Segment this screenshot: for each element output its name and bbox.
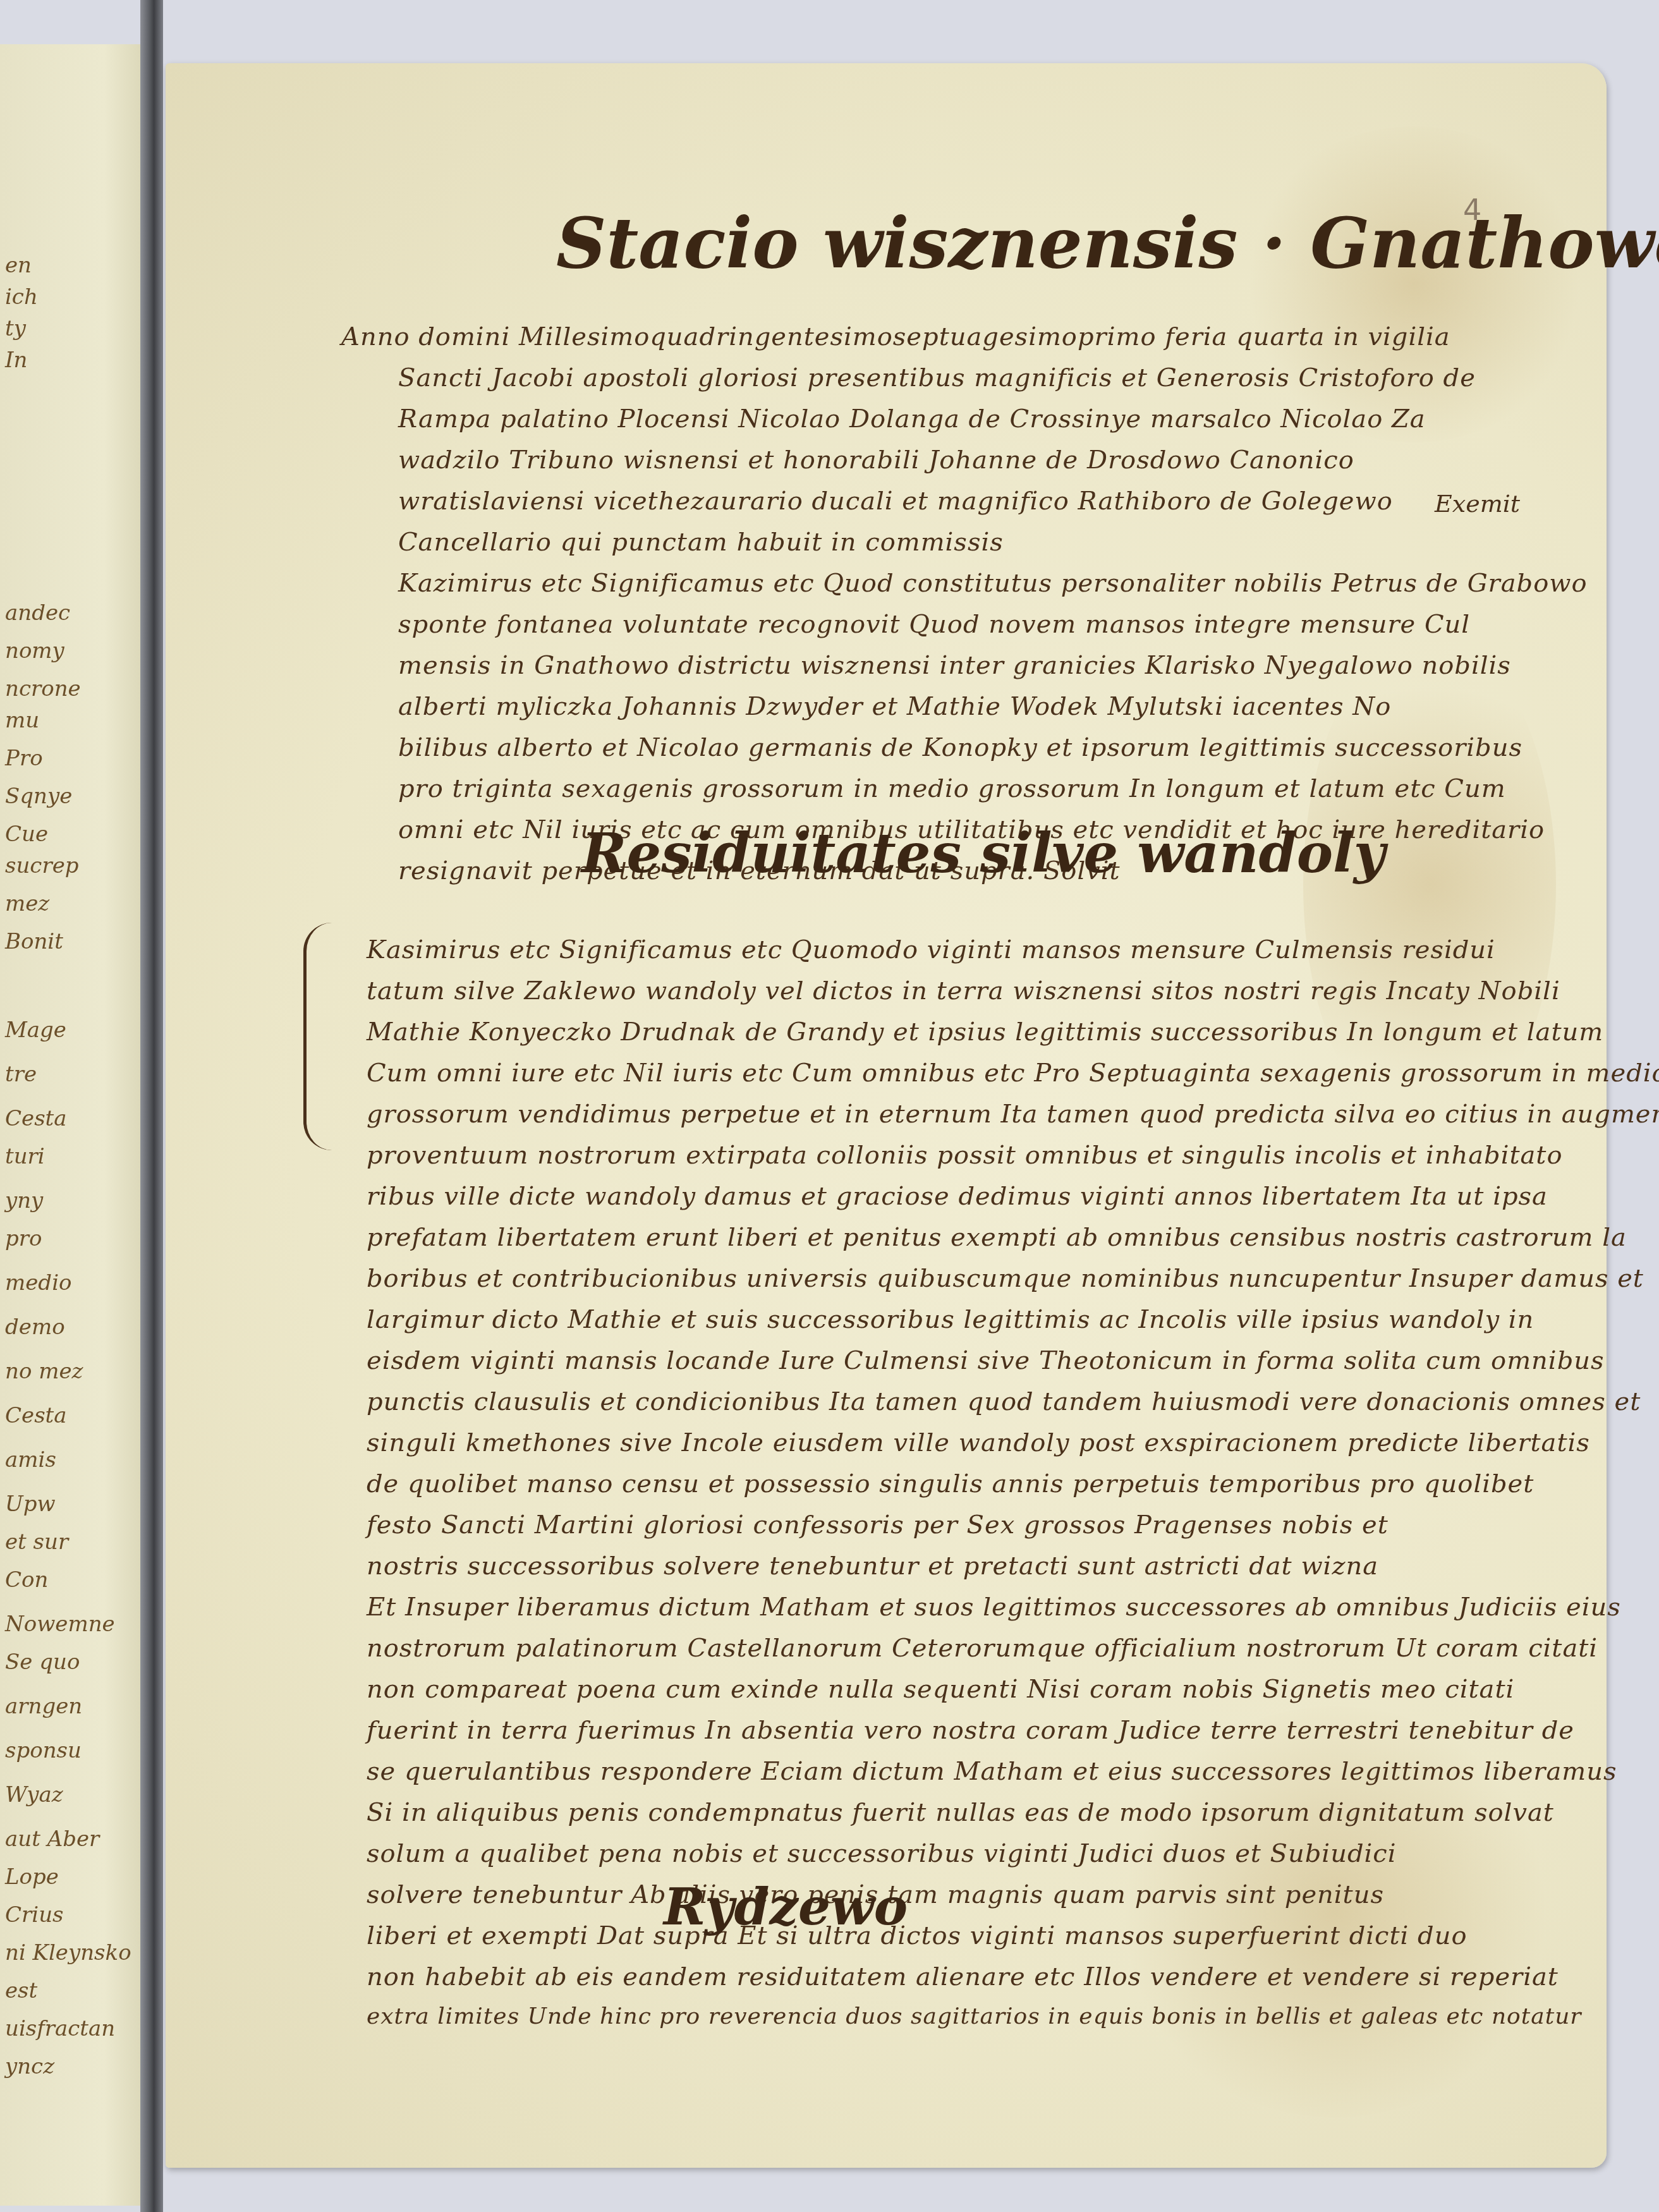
section-heading-residuitates: Residuitates silve wandoly bbox=[581, 822, 1385, 885]
left-page-fragment: turi bbox=[5, 1144, 45, 1169]
text-line: ribus ville dicte wandoly damus et graci… bbox=[367, 1182, 1548, 1211]
text-line: Kasimirus etc Significamus etc Quomodo v… bbox=[367, 935, 1495, 964]
left-page-fragment: Crius bbox=[5, 1902, 64, 1928]
text-line: solum a qualibet pena nobis et successor… bbox=[367, 1839, 1397, 1868]
text-line: boribus et contribucionibus universis qu… bbox=[367, 1264, 1644, 1293]
text-line: se querulantibus respondere Eciam dictum… bbox=[367, 1757, 1617, 1786]
text-line: Et Insuper liberamus dictum Matham et su… bbox=[367, 1593, 1621, 1622]
text-line: Kazimirus etc Significamus etc Quod cons… bbox=[398, 569, 1588, 598]
text-line: alberti myliczka Johannis Dzwyder et Mat… bbox=[398, 692, 1391, 721]
text-line: sponte fontanea voluntate recognovit Quo… bbox=[398, 610, 1470, 639]
book-gutter-rod bbox=[140, 0, 163, 2212]
left-page-fragment: no mez bbox=[5, 1359, 83, 1384]
text-line: extra limites Unde hinc pro reverencia d… bbox=[367, 2003, 1582, 2029]
text-line: mensis in Gnathowo districtu wisznensi i… bbox=[398, 651, 1511, 680]
text-line: eisdem viginti mansis locande Iure Culme… bbox=[367, 1346, 1605, 1375]
left-page-fragment: en bbox=[5, 253, 32, 278]
left-facing-page: en ich ty In andec nomy ncrone mu Pro Sq… bbox=[0, 44, 149, 2206]
text-line: non habebit ab eis eandem residuitatem a… bbox=[367, 1962, 1559, 1991]
left-page-fragment: Cesta bbox=[5, 1106, 67, 1131]
text-line: singuli kmethones sive Incole eiusdem vi… bbox=[367, 1428, 1590, 1457]
left-page-fragment: ni Kleynsko bbox=[5, 1940, 131, 1966]
left-page-fragment: Lope bbox=[5, 1864, 59, 1890]
text-line: proventuum nostrorum extirpata colloniis… bbox=[367, 1141, 1563, 1170]
left-page-fragment: medio bbox=[5, 1270, 71, 1296]
text-line: nostrorum palatinorum Castellanorum Cete… bbox=[367, 1634, 1598, 1663]
left-page-fragment: sucrep bbox=[5, 853, 79, 878]
left-page-fragment: yny bbox=[5, 1188, 43, 1213]
left-page-fragment: mez bbox=[5, 891, 49, 916]
left-page-fragment: tre bbox=[5, 1062, 37, 1087]
left-page-fragment: andec bbox=[5, 600, 70, 626]
left-page-fragment: Mage bbox=[5, 1018, 66, 1043]
text-line: punctis clausulis et condicionibus Ita t… bbox=[367, 1387, 1641, 1416]
text-line: largimur dicto Mathie et suis successori… bbox=[367, 1305, 1534, 1334]
text-line: fuerint in terra fuerimus In absentia ve… bbox=[367, 1716, 1574, 1745]
text-line: liberi et exempti Dat supra Et si ultra … bbox=[367, 1921, 1468, 1950]
left-page-fragment: Upw bbox=[5, 1492, 56, 1517]
left-page-fragment: amis bbox=[5, 1447, 56, 1473]
left-page-fragment: est bbox=[5, 1978, 37, 2003]
left-page-fragment: ncrone bbox=[5, 676, 81, 702]
text-line: grossorum vendidimus perpetue et in eter… bbox=[367, 1100, 1659, 1129]
text-line: Si in aliquibus penis condempnatus fueri… bbox=[367, 1798, 1554, 1827]
left-page-fragment: nomy bbox=[5, 638, 64, 664]
text-line: pro triginta sexagenis grossorum in medi… bbox=[398, 774, 1506, 803]
text-line: wadzilo Tribuno wisnensi et honorabili J… bbox=[398, 446, 1354, 475]
left-page-fragment: Cesta bbox=[5, 1403, 67, 1428]
text-line: wratislaviensi vicethezaurario ducali et… bbox=[398, 487, 1393, 516]
left-page-fragment: Se quo bbox=[5, 1650, 80, 1675]
text-line: Sancti Jacobi apostoli gloriosi presenti… bbox=[398, 363, 1476, 392]
text-line: Rampa palatino Plocensi Nicolao Dolanga … bbox=[398, 404, 1426, 434]
left-page-fragment: arngen bbox=[5, 1694, 82, 1719]
left-page-fragment: aut Aber bbox=[5, 1826, 99, 1852]
left-page-fragment: Cue bbox=[5, 822, 48, 847]
left-page-fragment: demo bbox=[5, 1315, 65, 1340]
left-page-fragment: Wyaz bbox=[5, 1782, 63, 1808]
left-page-fragment: sponsu bbox=[5, 1738, 82, 1763]
left-page-fragment: pro bbox=[5, 1226, 42, 1251]
left-page-fragment: ty bbox=[5, 316, 26, 341]
margin-note-exemit: Exemit bbox=[1435, 490, 1520, 518]
left-page-fragment: et sur bbox=[5, 1529, 68, 1555]
text-line: Mathie Konyeczko Drudnak de Grandy et ip… bbox=[367, 1018, 1603, 1047]
water-stain bbox=[1240, 126, 1588, 442]
margin-bracket bbox=[303, 923, 332, 1150]
text-line: non compareat poena cum exinde nulla seq… bbox=[367, 1675, 1514, 1704]
text-line: tatum silve Zaklewo wandoly vel dictos i… bbox=[367, 976, 1560, 1006]
left-page-fragment: Bonit bbox=[5, 929, 63, 954]
left-page-fragment: Con bbox=[5, 1567, 48, 1593]
left-page-fragment: mu bbox=[5, 708, 39, 733]
section-heading-rydzewo: Rydzewo bbox=[664, 1877, 908, 1936]
text-line: nostris successoribus solvere tenebuntur… bbox=[367, 1552, 1378, 1581]
text-line: festo Sancti Martini gloriosi confessori… bbox=[367, 1510, 1389, 1540]
text-line: Cum omni iure etc Nil iuris etc Cum omni… bbox=[367, 1059, 1659, 1088]
left-page-fragment: Nowemne bbox=[5, 1612, 115, 1637]
text-line: bilibus alberto et Nicolao germanis de K… bbox=[398, 733, 1522, 762]
text-line: Anno domini Millesimoquadringentesimosep… bbox=[341, 322, 1450, 351]
left-page-fragment: Pro bbox=[5, 746, 43, 771]
section-heading-stacio-wisznensis: Stacio wisznensis · Gnathowo · bbox=[556, 202, 1659, 284]
text-line: Cancellario qui punctam habuit in commis… bbox=[398, 528, 1004, 557]
text-line: prefatam libertatem erunt liberi et peni… bbox=[367, 1223, 1627, 1252]
left-page-fragment: uisfractan bbox=[5, 2016, 115, 2041]
left-page-fragment: Sqnye bbox=[5, 784, 72, 809]
left-page-fragment: In bbox=[5, 348, 27, 373]
left-page-fragment: yncz bbox=[5, 2054, 54, 2079]
text-line: de quolibet manso censu et possessio sin… bbox=[367, 1469, 1534, 1498]
left-page-fragment: ich bbox=[5, 284, 38, 310]
